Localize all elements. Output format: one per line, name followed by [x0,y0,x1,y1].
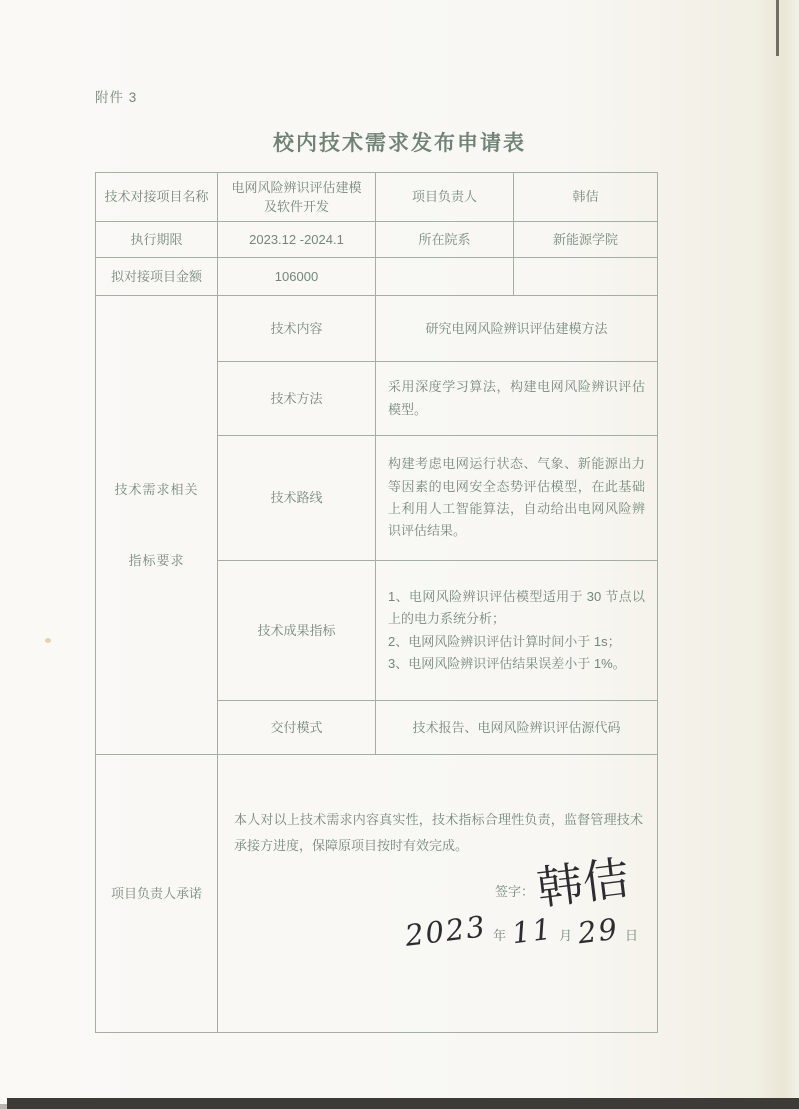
application-form-table: 技术对接项目名称 电网风险辨识评估建模 及软件开发 项目负责人 韩佶 执行期限 … [95,172,658,1033]
tech-achievements-label: 技术成果指标 [218,561,376,701]
project-name-value: 电网风险辨识评估建模 及软件开发 [218,173,376,222]
amount-value: 106000 [218,258,376,296]
leader-label: 项目负责人 [376,173,514,222]
section-label-gap [102,499,211,551]
tech-method-label: 技术方法 [218,362,376,436]
tech-content-value: 研究电网风险辨识评估建模方法 [376,296,658,362]
period-label: 执行期限 [96,222,218,258]
section-label-line2: 指标要求 [102,551,211,571]
row-amount: 拟对接项目金额 106000 [96,258,658,296]
amount-empty-cell-2 [514,258,658,296]
tech-route-label: 技术路线 [218,436,376,561]
sign-label: 签字： [495,882,534,902]
signature-row: 签字： 韩佶 [234,859,629,917]
delivery-mode-label: 交付模式 [218,701,376,755]
project-name-label: 技术对接项目名称 [96,173,218,222]
handwritten-signature: 韩佶 [535,856,632,913]
paper-stain-dot [45,638,51,643]
requirements-section-label: 技术需求相关 指标要求 [96,296,218,755]
day-unit-label: 日 [625,926,638,946]
amount-label: 拟对接项目金额 [96,258,218,296]
year-unit-label: 年 [493,926,506,946]
amount-empty-cell-1 [376,258,514,296]
commitment-label: 项目负责人承诺 [96,755,218,1033]
month-unit-label: 月 [559,926,572,946]
period-value: 2023.12 -2024.1 [218,222,376,258]
scan-shade-right [757,0,799,1109]
scanned-document-page: 附件 3 校内技术需求发布申请表 技术对接项目名称 电网风险辨识评估建模 及软件… [0,0,799,1109]
row-project-name: 技术对接项目名称 电网风险辨识评估建模 及软件开发 项目负责人 韩佶 [96,173,658,222]
tech-method-value: 采用深度学习算法，构建电网风险辨识评估模型。 [376,362,658,436]
leader-value: 韩佶 [514,173,658,222]
document-title: 校内技术需求发布申请表 [0,127,799,157]
handwritten-month: 11 [511,915,555,949]
scan-edge-bottom [7,1098,799,1109]
commitment-text: 本人对以上技术需求内容真实性，技术指标合理性负责，监督管理技术承接方进度，保障原… [234,807,643,859]
tech-route-value: 构建考虑电网运行状态、气象、新能源出力等因素的电网安全态势评估模型，在此基础上利… [376,436,658,561]
signature-date-row: 2023 年 11 月 29 日 [234,917,639,946]
commitment-cell: 本人对以上技术需求内容真实性，技术指标合理性负责，监督管理技术承接方进度，保障原… [218,755,658,1033]
section-label-line1: 技术需求相关 [102,480,211,500]
attachment-label: 附件 3 [95,86,137,106]
tech-content-label: 技术内容 [218,296,376,362]
row-commitment: 项目负责人承诺 本人对以上技术需求内容真实性，技术指标合理性负责，监督管理技术承… [96,755,658,1033]
scan-edge-right-line [776,0,779,56]
tech-achievements-value: 1、电网风险辨识评估模型适用于 30 节点以上的电力系统分析； 2、电网风险辨识… [376,561,658,701]
row-tech-content: 技术需求相关 指标要求 技术内容 研究电网风险辨识评估建模方法 [96,296,658,362]
department-value: 新能源学院 [514,222,658,258]
department-label: 所在院系 [376,222,514,258]
handwritten-year: 2023 [404,912,489,951]
row-period: 执行期限 2023.12 -2024.1 所在院系 新能源学院 [96,222,658,258]
handwritten-day: 29 [576,915,620,949]
delivery-mode-value: 技术报告、电网风险辨识评估源代码 [376,701,658,755]
scan-edge-bottom-notch [0,1104,7,1109]
